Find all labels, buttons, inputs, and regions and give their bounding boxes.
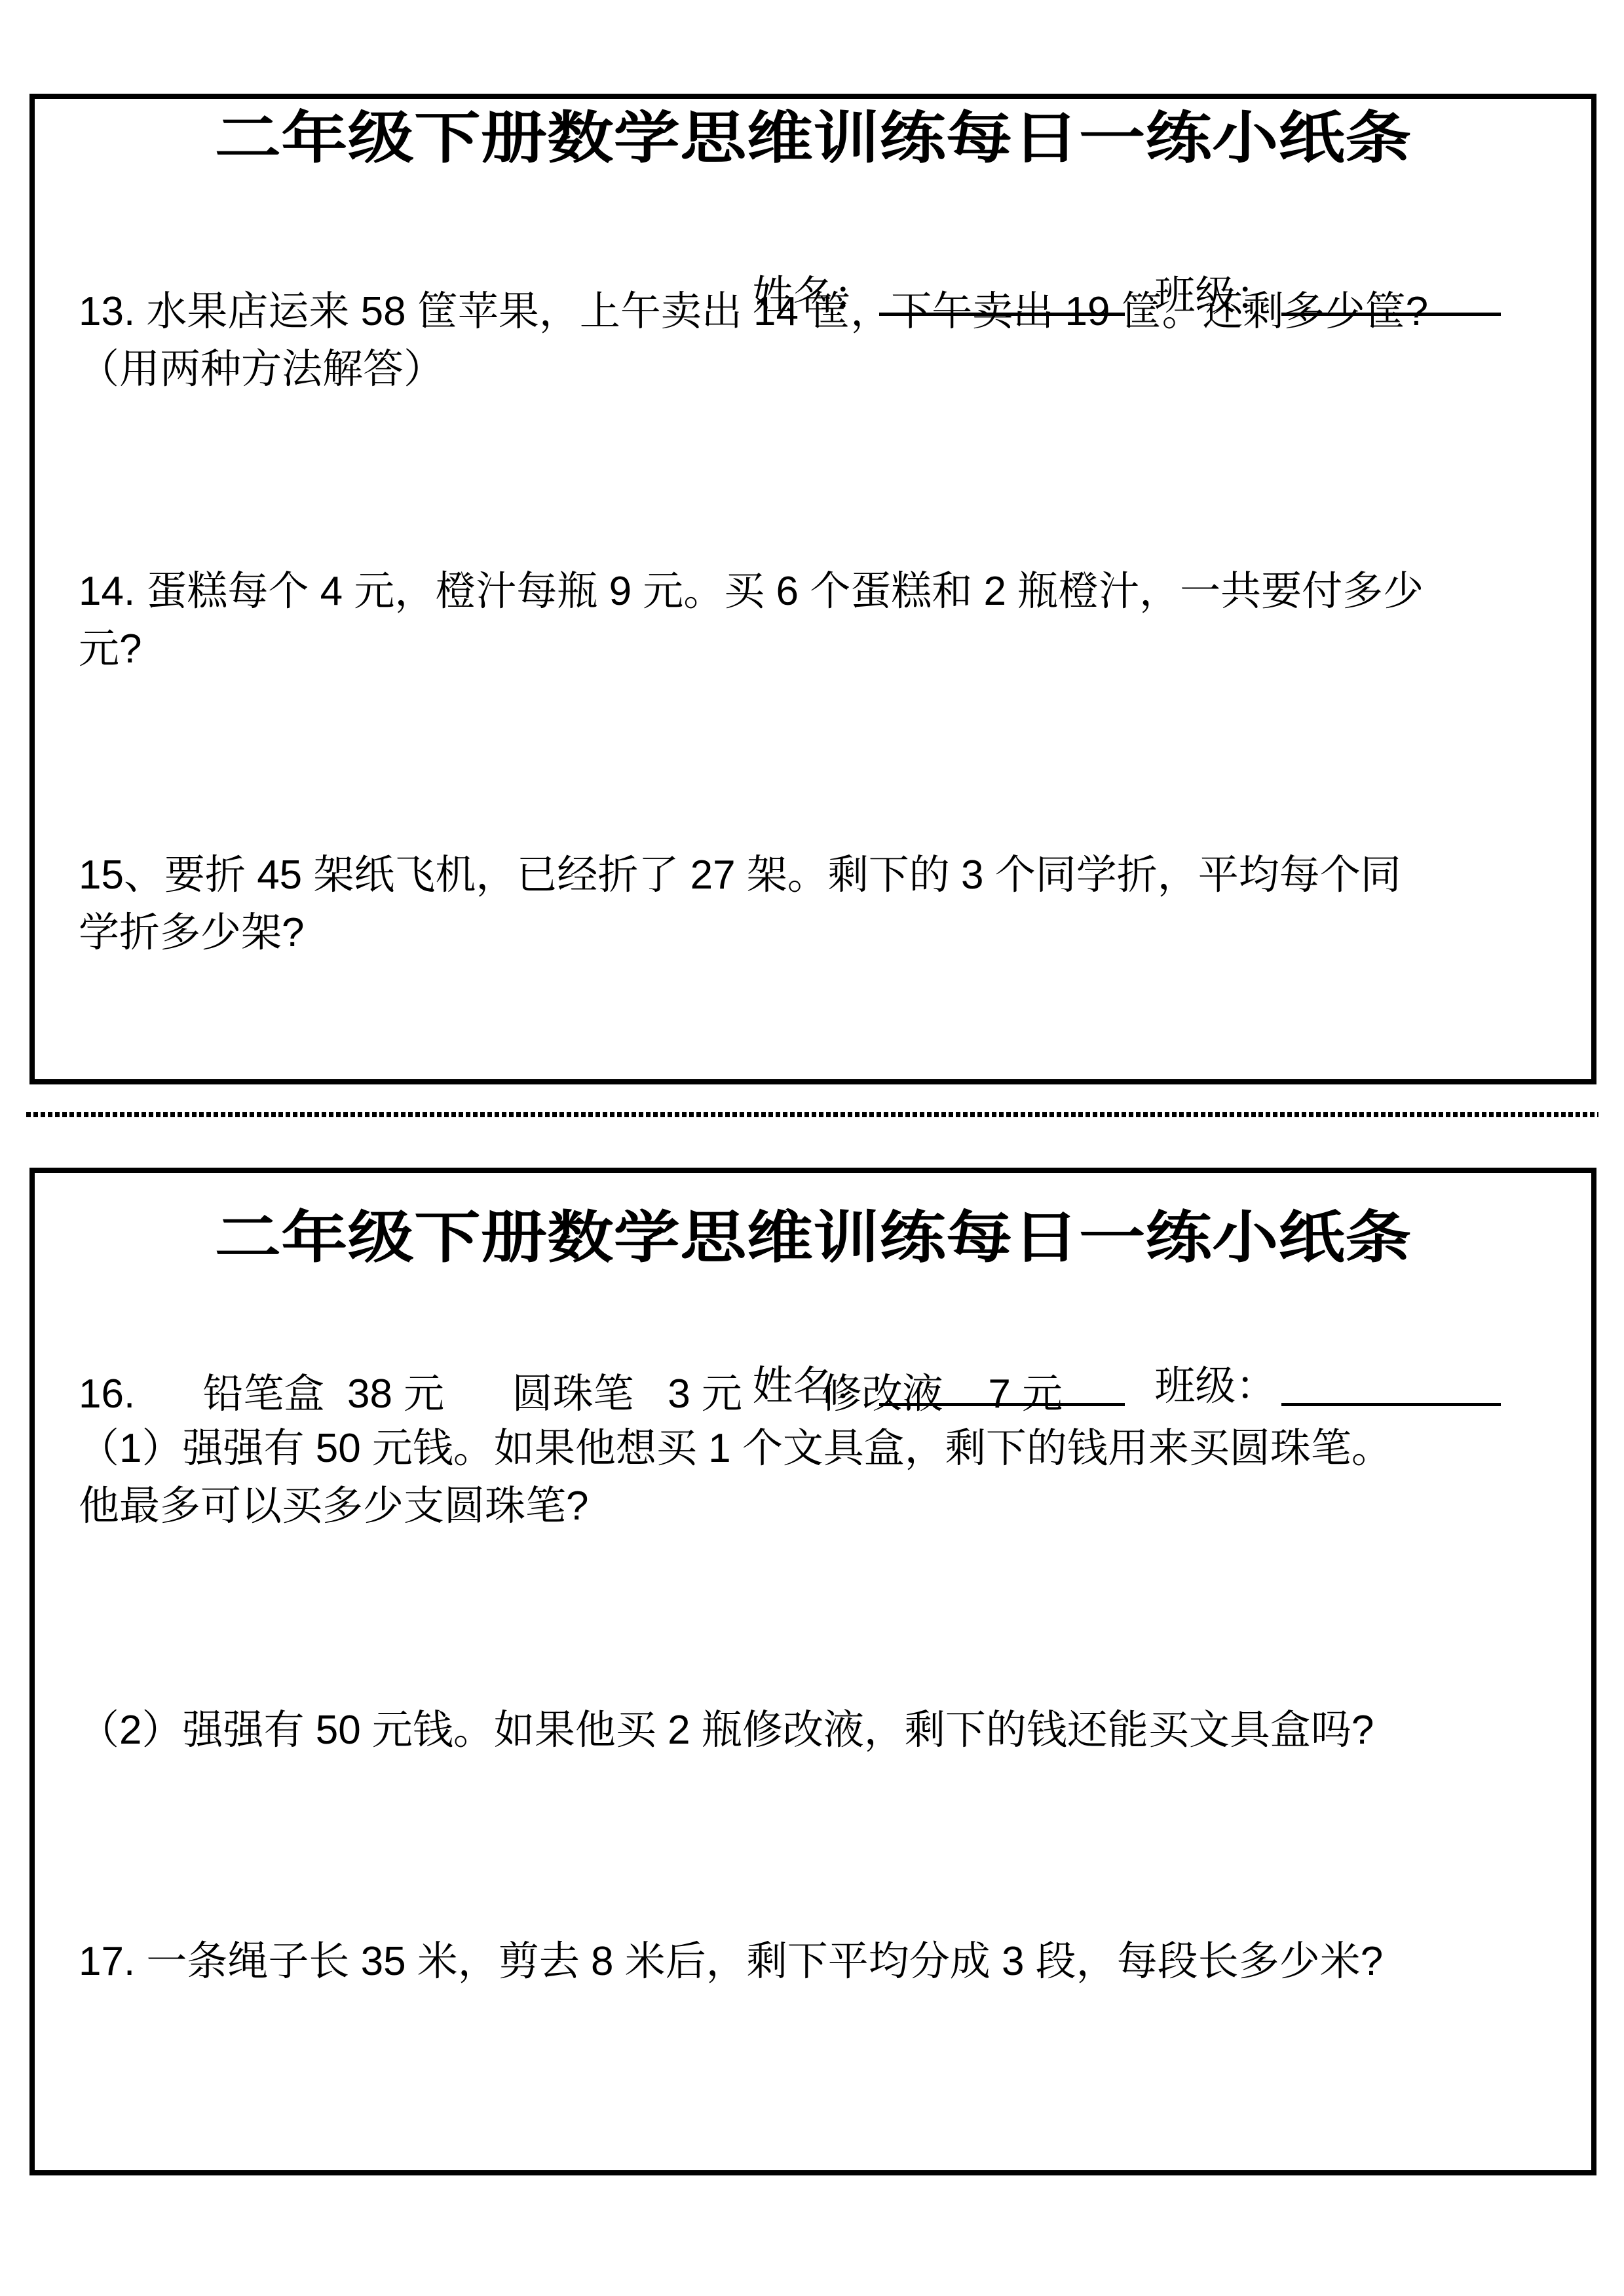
worksheet-strip-1: 二年级下册数学思维训练每日一练小纸条 姓名：班级： 13. 水果店运来 58 筐… (29, 94, 1596, 1084)
problem-13-line-2: （用两种方法解答） (79, 341, 1555, 398)
problem-17: 17. 一条绳子长 35 米，剪去 8 米后，剩下平均分成 3 段，每段长多少米… (79, 1933, 1555, 1991)
worksheet-page: 二年级下册数学思维训练每日一练小纸条 姓名：班级： 13. 水果店运来 58 筐… (0, 0, 1624, 2296)
problem-14-line-2: 元? (79, 621, 1555, 678)
problem-15-line-1: 15、要折 45 架纸飞机，已经折了 27 架。剩下的 3 个同学折，平均每个同 (79, 847, 1555, 904)
problem-13-line-1: 13. 水果店运来 58 筐苹果，上午卖出 14 筐，下午卖出 19 筐。还剩多… (79, 283, 1555, 341)
problem-13: 13. 水果店运来 58 筐苹果，上午卖出 14 筐，下午卖出 19 筐。还剩多… (79, 283, 1555, 398)
perforation-cut-line (26, 1112, 1598, 1117)
problem-16-part-1-line-1: （1）强强有 50 元钱。如果他想买 1 个文具盒，剩下的钱用来买圆珠笔。 (79, 1420, 1555, 1478)
worksheet-strip-2: 二年级下册数学思维训练每日一练小纸条 姓名：班级： 16. 铅笔盒 38 元 圆… (29, 1168, 1596, 2175)
problem-15-line-2: 学折多少架? (79, 904, 1555, 962)
problem-16-price-list: 16. 铅笔盒 38 元 圆珠笔 3 元 修改液 7 元 (79, 1366, 1555, 1423)
page-title: 二年级下册数学思维训练每日一练小纸条 (0, 104, 1624, 172)
problem-14-line-1: 14. 蛋糕每个 4 元，橙汁每瓶 9 元。买 6 个蛋糕和 2 瓶橙汁，一共要… (79, 563, 1555, 621)
problem-16-part-1-line-2: 他最多可以买多少支圆珠笔? (79, 1478, 1555, 1535)
problem-16-price-line: 16. 铅笔盒 38 元 圆珠笔 3 元 修改液 7 元 (79, 1366, 1555, 1423)
problem-16-part-2-line-1: （2）强强有 50 元钱。如果他买 2 瓶修改液，剩下的钱还能买文具盒吗? (79, 1702, 1555, 1759)
problem-16-part-2: （2）强强有 50 元钱。如果他买 2 瓶修改液，剩下的钱还能买文具盒吗? (79, 1702, 1555, 1759)
page-title: 二年级下册数学思维训练每日一练小纸条 (0, 1204, 1624, 1272)
problem-16-part-1: （1）强强有 50 元钱。如果他想买 1 个文具盒，剩下的钱用来买圆珠笔。 他最… (79, 1420, 1555, 1535)
problem-15: 15、要折 45 架纸飞机，已经折了 27 架。剩下的 3 个同学折，平均每个同… (79, 847, 1555, 962)
problem-14: 14. 蛋糕每个 4 元，橙汁每瓶 9 元。买 6 个蛋糕和 2 瓶橙汁，一共要… (79, 563, 1555, 678)
problem-17-line-1: 17. 一条绳子长 35 米，剪去 8 米后，剩下平均分成 3 段，每段长多少米… (79, 1933, 1555, 1991)
